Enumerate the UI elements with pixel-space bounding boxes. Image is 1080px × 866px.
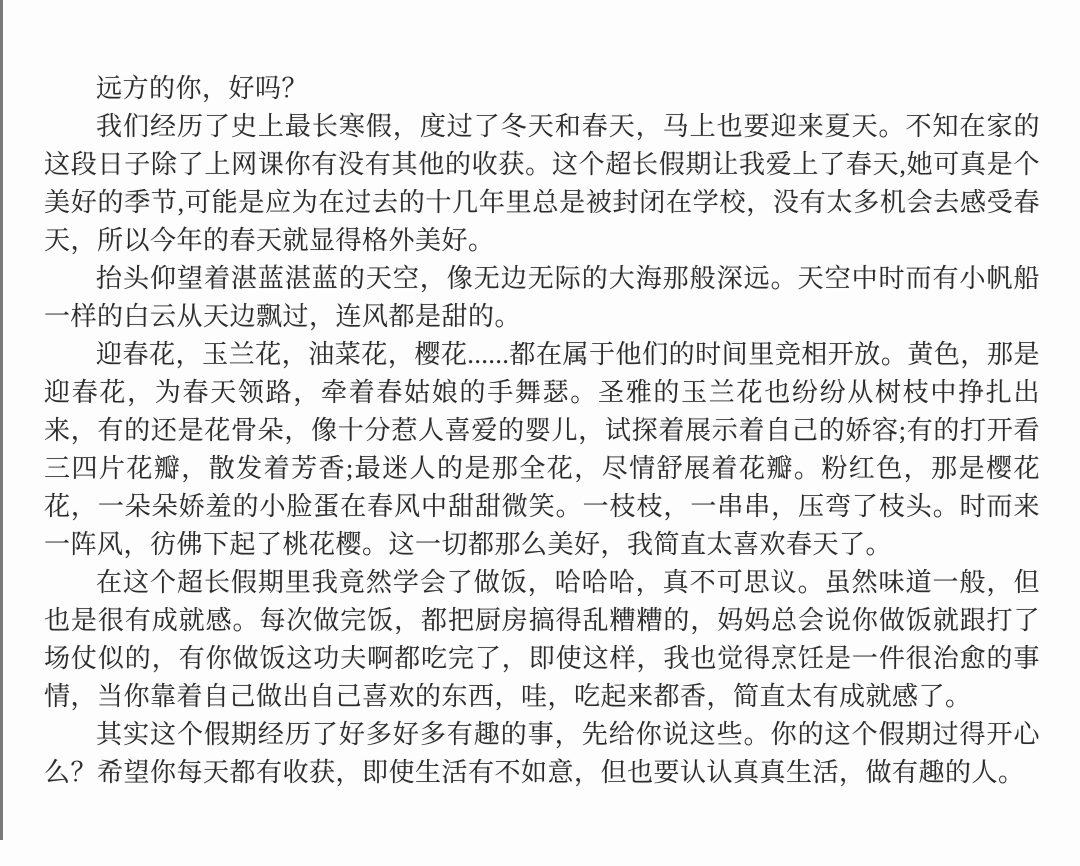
- letter-paragraph: 其实这个假期经历了好多好多有趣的事，先给你说这些。你的这个假期过得开心么？希望你…: [44, 716, 1040, 792]
- letter-paragraph: 抬头仰望着湛蓝湛蓝的天空，像无边无际的大海那般深远。天空中时而有小帆船一样的白云…: [44, 260, 1040, 336]
- letter-greeting: 远方的你，好吗？: [44, 70, 1040, 108]
- letter-paragraph: 我们经历了史上最长寒假，度过了冬天和春天，马上也要迎来夏天。不知在家的这段日子除…: [44, 108, 1040, 260]
- letter-paragraph: 在这个超长假期里我竟然学会了做饭，哈哈哈，真不可思议。虽然味道一般，但也是很有成…: [44, 564, 1040, 716]
- scanned-letter-page: 远方的你，好吗？ 我们经历了史上最长寒假，度过了冬天和春天，马上也要迎来夏天。不…: [0, 0, 1080, 866]
- scan-edge-line: [0, 0, 3, 840]
- letter-paragraph: 迎春花，玉兰花，油菜花，樱花......都在属于他们的时间里竞相开放。黄色，那是…: [44, 336, 1040, 564]
- letter-body: 远方的你，好吗？ 我们经历了史上最长寒假，度过了冬天和春天，马上也要迎来夏天。不…: [44, 70, 1040, 792]
